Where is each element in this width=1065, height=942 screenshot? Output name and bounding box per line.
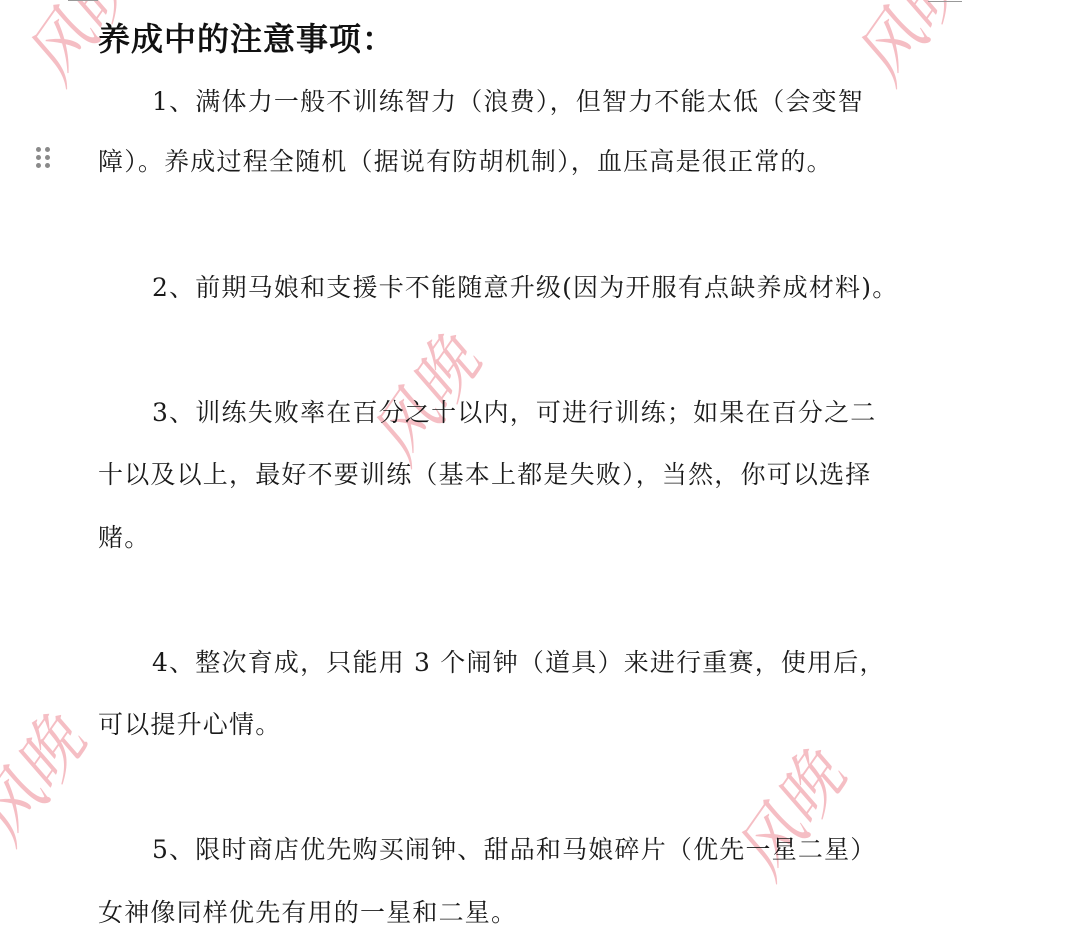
item-3-line-1: 3、训练失败率在百分之十以内，可进行训练；如果在百分之二: [152, 393, 877, 429]
watermark: 风晚: [709, 731, 863, 894]
item-2-line-1: 2、前期马娘和支援卡不能随意升级(因为开服有点缺养成材料)。: [152, 268, 898, 304]
item-3-line-3: 赌。: [98, 518, 150, 554]
item-1-line-1: 1、满体力一般不训练智力（浪费），但智力不能太低（会变智: [152, 82, 864, 118]
page-edge-line: [68, 0, 98, 1]
page-title: 养成中的注意事项：: [98, 14, 395, 60]
item-5-line-1: 5、限时商店优先购买闹钟、甜品和马娘碎片（优先一星二星）: [152, 830, 877, 866]
page-edge-line: [928, 1, 962, 2]
drag-handle-icon[interactable]: [36, 147, 50, 169]
watermark: 风晚: [0, 696, 103, 859]
item-4-line-2: 可以提升心情。: [98, 705, 281, 741]
item-1-line-2: 障）。养成过程全随机（据说有防胡机制），血压高是很正常的。: [98, 142, 833, 178]
item-5-line-2: 女神像同样优先有用的一星和二星。: [98, 893, 517, 929]
document-page: 风晚 风晚 风晚 风晚 风晚 养成中的注意事项： 1、满体力一般不训练智力（浪费…: [0, 0, 1065, 942]
item-3-line-2: 十以及以上，最好不要训练（基本上都是失败），当然，你可以选择: [98, 455, 872, 491]
item-4-line-1: 4、整次育成，只能用 3 个闹钟（道具）来进行重赛，使用后，: [152, 643, 886, 679]
